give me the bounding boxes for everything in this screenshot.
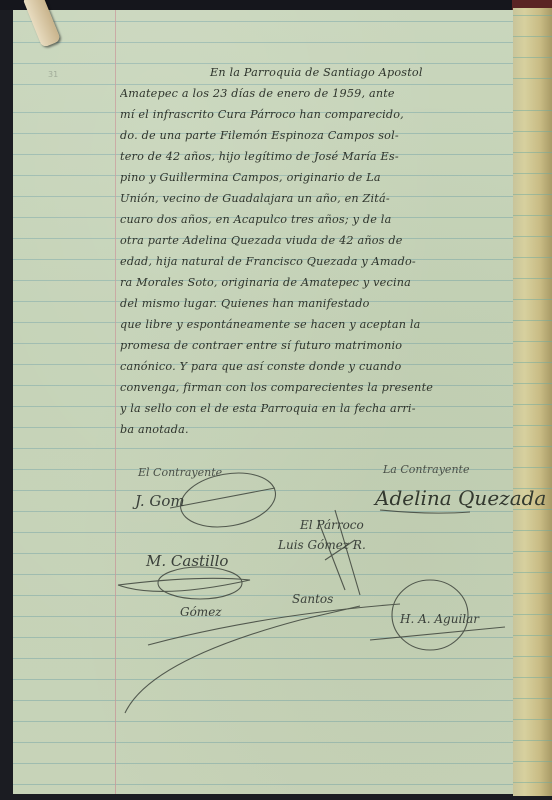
witness-signature: Luis Gómez R. bbox=[278, 538, 366, 552]
witness-signature: H. A. Aguilar bbox=[400, 612, 479, 626]
bride-label: La Contrayente bbox=[383, 463, 469, 476]
groom-signature: J. Gom bbox=[135, 492, 185, 510]
witness-signature: Gómez bbox=[180, 605, 222, 619]
witness-signature: El Párroco bbox=[300, 518, 364, 532]
witness-signature: M. Castillo bbox=[146, 552, 228, 570]
groom-label: El Contrayente bbox=[138, 466, 222, 479]
bride-signature: Adelina Quezada bbox=[375, 486, 546, 510]
signature-flourishes bbox=[0, 0, 552, 800]
witness-signature: Santos bbox=[292, 592, 333, 606]
